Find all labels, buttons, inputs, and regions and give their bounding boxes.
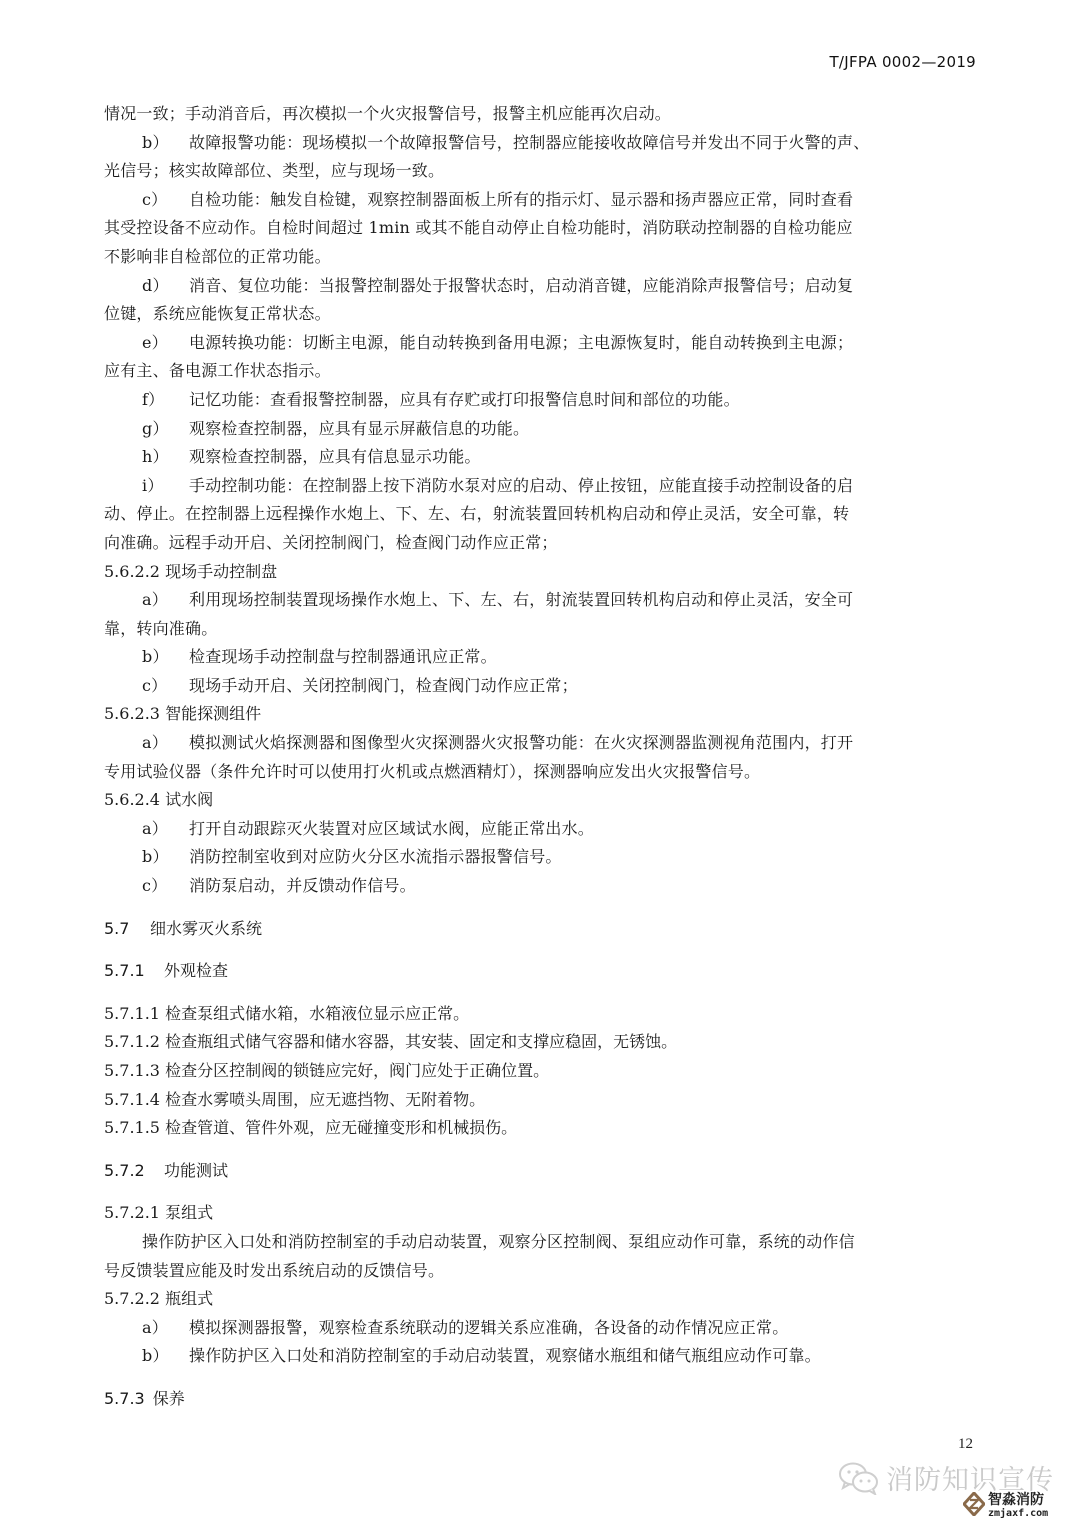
list-item-i: i）手动控制功能：在控制器上按下消防水泵对应的启动、停止按钮，应能直接手动控制设… [104,472,980,558]
item-text: 电源转换功能：切断主电源，能自动转换到备用电源；主电源恢复时，能自动转换到主电源… [189,333,853,352]
document-body: 情况一致；手动消音后，再次模拟一个火灾报警信号，报警主机应能再次启动。 b）故障… [104,100,980,1414]
clause-title: 试水阀 [165,790,213,809]
item-text: 现场手动开启、关闭控制阀门，检查阀门动作应正常； [189,676,578,695]
list-item-a: a）利用现场控制装置现场操作水炮上、下、左、右，射流装置回转机构启动和停止灵活，… [104,586,980,643]
list-item-b: b）检查现场手动控制盘与控制器通讯应正常。 [104,643,980,672]
list-item-d: d）消音、复位功能：当报警控制器处于报警状态时，启动消音键，应能消除声报警信号；… [104,272,980,329]
item-text: 故障报警功能：现场模拟一个故障报警信号，控制器应能接收故障信号并发出不同于火警的… [189,133,869,152]
item-text: 操作防护区入口处和消防控制室的手动启动装置，观察储水瓶组和储气瓶组应动作可靠。 [189,1346,821,1365]
clause-number: 5.7.1.3 [104,1061,160,1080]
spacer [104,901,980,915]
clause-title: 瓶组式 [165,1289,213,1308]
item-label: g） [104,415,189,444]
item-text: 其受控设备不应动作。自检时间超过 1min 或其不能自动停止自检功能时，消防联动… [104,214,980,243]
clause-number: 5.7.2.2 [104,1289,160,1308]
item-text: 手动控制功能：在控制器上按下消防水泵对应的启动、停止按钮，应能直接手动控制设备的… [189,476,853,495]
clause-5-7-1-5: 5.7.1.5 检查管道、管件外观，应无碰撞变形和机械损伤。 [104,1114,980,1143]
item-text: 观察检查控制器，应具有信息显示功能。 [189,447,481,466]
list-item-b: b）操作防护区入口处和消防控制室的手动启动装置，观察储水瓶组和储气瓶组应动作可靠… [104,1342,980,1371]
list-item-c: c）消防泵启动，并反馈动作信号。 [104,872,980,901]
item-text: 应有主、备电源工作状态指示。 [104,357,980,386]
item-text: 消防泵启动，并反馈动作信号。 [189,876,416,895]
list-item-g: g）观察检查控制器，应具有显示屏蔽信息的功能。 [104,415,980,444]
clause-number: 5.7.1.5 [104,1118,160,1137]
clause-number: 5.7.1.4 [104,1090,160,1109]
logo-name: 智淼消防 [988,1493,1048,1507]
item-label: b） [104,129,189,158]
paragraph: 操作防护区入口处和消防控制室的手动启动装置，观察分区控制阀、泵组应动作可靠，系统… [104,1228,980,1285]
item-text: 专用试验仪器（条件允许时可以使用打火机或点燃酒精灯），探测器响应发出火灾报警信号… [104,758,980,787]
clause-5-6-2-3: 5.6.2.3 智能探测组件 [104,700,980,729]
item-label: b） [104,643,189,672]
spacer [104,986,980,1000]
spacer [104,1371,980,1385]
item-label: c） [104,186,189,215]
section-title: 保养 [153,1389,185,1408]
clause-number: 5.6.2.4 [104,790,160,809]
item-label: f） [104,386,189,415]
clause-number: 5.7.2.1 [104,1203,160,1222]
section-title: 功能测试 [164,1161,228,1180]
page-number: 12 [958,1436,973,1453]
item-text: 检查现场手动控制盘与控制器通讯应正常。 [189,647,497,666]
item-text: 利用现场控制装置现场操作水炮上、下、左、右，射流装置回转机构启动和停止灵活，安全… [189,590,853,609]
logo-url: zmjaxf.com [988,1509,1048,1519]
item-label: e） [104,329,189,358]
paragraph-continuation: 情况一致；手动消音后，再次模拟一个火灾报警信号，报警主机应能再次启动。 [104,100,980,129]
item-text: 观察检查控制器，应具有显示屏蔽信息的功能。 [189,419,529,438]
item-label: a） [104,1314,189,1343]
item-text: 模拟探测器报警，观察检查系统联动的逻辑关系应准确，各设备的动作情况应正常。 [189,1318,788,1337]
clause-title: 泵组式 [165,1203,213,1222]
spacer [104,943,980,957]
section-heading-5-7-1: 5.7.1外观检查 [104,957,980,986]
item-text: 光信号；核实故障部位、类型，应与现场一致。 [104,157,980,186]
clause-text: 检查分区控制阀的锁链应完好，阀门应处于正确位置。 [165,1061,549,1080]
section-heading-5-7-2: 5.7.2功能测试 [104,1157,980,1186]
clause-5-7-2-2: 5.7.2.2 瓶组式 [104,1285,980,1314]
item-label: a） [104,729,189,758]
list-item-h: h）观察检查控制器，应具有信息显示功能。 [104,443,980,472]
section-number: 5.7 [104,915,150,944]
list-item-c: c）自检功能：触发自检键，观察控制器面板上所有的指示灯、显示器和扬声器应正常，同… [104,186,980,272]
clause-5-6-2-4: 5.6.2.4 试水阀 [104,786,980,815]
clause-text: 检查瓶组式储气容器和储水容器，其安装、固定和支撑应稳固，无锈蚀。 [165,1032,677,1051]
item-label: c） [104,872,189,901]
clause-title: 智能探测组件 [165,704,261,723]
section-number: 5.7.1 [104,957,164,986]
spacer [104,1143,980,1157]
item-label: c） [104,672,189,701]
clause-number: 5.7.1.2 [104,1032,160,1051]
item-text: 模拟测试火焰探测器和图像型火灾探测器火灾报警功能：在火灾探测器监测视角范围内，打… [189,733,853,752]
clause-number: 5.6.2.3 [104,704,160,723]
item-text: 消防控制室收到对应防火分区水流指示器报警信号。 [189,847,562,866]
diamond-logo-icon [963,1492,985,1520]
clause-number: 5.7.1.1 [104,1004,160,1023]
clause-number: 5.6.2.2 [104,562,160,581]
spacer [104,1185,980,1199]
standard-code-header: T/JFPA 0002—2019 [829,53,976,71]
section-heading-5-7: 5.7细水雾灭火系统 [104,915,980,944]
item-text: 不影响非自检部位的正常功能。 [104,243,980,272]
item-text: 靠，转向准确。 [104,615,980,644]
clause-5-7-1-3: 5.7.1.3 检查分区控制阀的锁链应完好，阀门应处于正确位置。 [104,1057,980,1086]
list-item-a: a）打开自动跟踪灭火装置对应区域试水阀，应能正常出水。 [104,815,980,844]
section-heading-5-7-3: 5.7.3保养 [104,1385,980,1414]
list-item-b: b）消防控制室收到对应防火分区水流指示器报警信号。 [104,843,980,872]
item-label: i） [104,472,189,501]
list-item-e: e）电源转换功能：切断主电源，能自动转换到备用电源；主电源恢复时，能自动转换到主… [104,329,980,386]
list-item-b: b）故障报警功能：现场模拟一个故障报警信号，控制器应能接收故障信号并发出不同于火… [104,129,980,186]
brand-logo: 智淼消防 zmjaxf.com [963,1492,1048,1520]
item-label: a） [104,586,189,615]
paragraph-text: 号反馈装置应能及时发出系统启动的反馈信号。 [104,1257,980,1286]
item-text: 位键，系统应能恢复正常状态。 [104,300,980,329]
wechat-icon [838,1461,880,1495]
item-label: b） [104,843,189,872]
clause-5-7-2-1: 5.7.2.1 泵组式 [104,1199,980,1228]
clause-text: 检查水雾喷头周围，应无遮挡物、无附着物。 [165,1090,485,1109]
list-item-a: a）模拟测试火焰探测器和图像型火灾探测器火灾报警功能：在火灾探测器监测视角范围内… [104,729,980,786]
clause-5-6-2-2: 5.6.2.2 现场手动控制盘 [104,558,980,587]
item-label: a） [104,815,189,844]
list-item-f: f）记忆功能：查看报警控制器，应具有存贮或打印报警信息时间和部位的功能。 [104,386,980,415]
list-item-a: a）模拟探测器报警，观察检查系统联动的逻辑关系应准确，各设备的动作情况应正常。 [104,1314,980,1343]
item-text: 消音、复位功能：当报警控制器处于报警状态时，启动消音键，应能消除声报警信号；启动… [189,276,853,295]
clause-text: 检查泵组式储水箱，水箱液位显示应正常。 [165,1004,469,1023]
item-text: 自检功能：触发自检键，观察控制器面板上所有的指示灯、显示器和扬声器应正常，同时查… [189,190,853,209]
list-item-c: c）现场手动开启、关闭控制阀门，检查阀门动作应正常； [104,672,980,701]
item-label: b） [104,1342,189,1371]
clause-text: 检查管道、管件外观，应无碰撞变形和机械损伤。 [165,1118,517,1137]
clause-5-7-1-4: 5.7.1.4 检查水雾喷头周围，应无遮挡物、无附着物。 [104,1086,980,1115]
item-label: d） [104,272,189,301]
item-text: 向准确。远程手动开启、关闭控制阀门，检查阀门动作应正常； [104,529,980,558]
item-text: 记忆功能：查看报警控制器，应具有存贮或打印报警信息时间和部位的功能。 [189,390,740,409]
item-text: 打开自动跟踪灭火装置对应区域试水阀，应能正常出水。 [189,819,594,838]
section-title: 外观检查 [164,961,228,980]
section-number: 5.7.2 [104,1157,164,1186]
paragraph-text: 操作防护区入口处和消防控制室的手动启动装置，观察分区控制阀、泵组应动作可靠，系统… [104,1228,980,1257]
clause-title: 现场手动控制盘 [165,562,277,581]
clause-5-7-1-2: 5.7.1.2 检查瓶组式储气容器和储水容器，其安装、固定和支撑应稳固，无锈蚀。 [104,1028,980,1057]
item-text: 动、停止。在控制器上远程操作水炮上、下、左、右，射流装置回转机构启动和停止灵活，… [104,500,980,529]
item-label: h） [104,443,189,472]
clause-5-7-1-1: 5.7.1.1 检查泵组式储水箱，水箱液位显示应正常。 [104,1000,980,1029]
section-number: 5.7.3 [104,1385,145,1414]
section-title: 细水雾灭火系统 [150,919,262,938]
